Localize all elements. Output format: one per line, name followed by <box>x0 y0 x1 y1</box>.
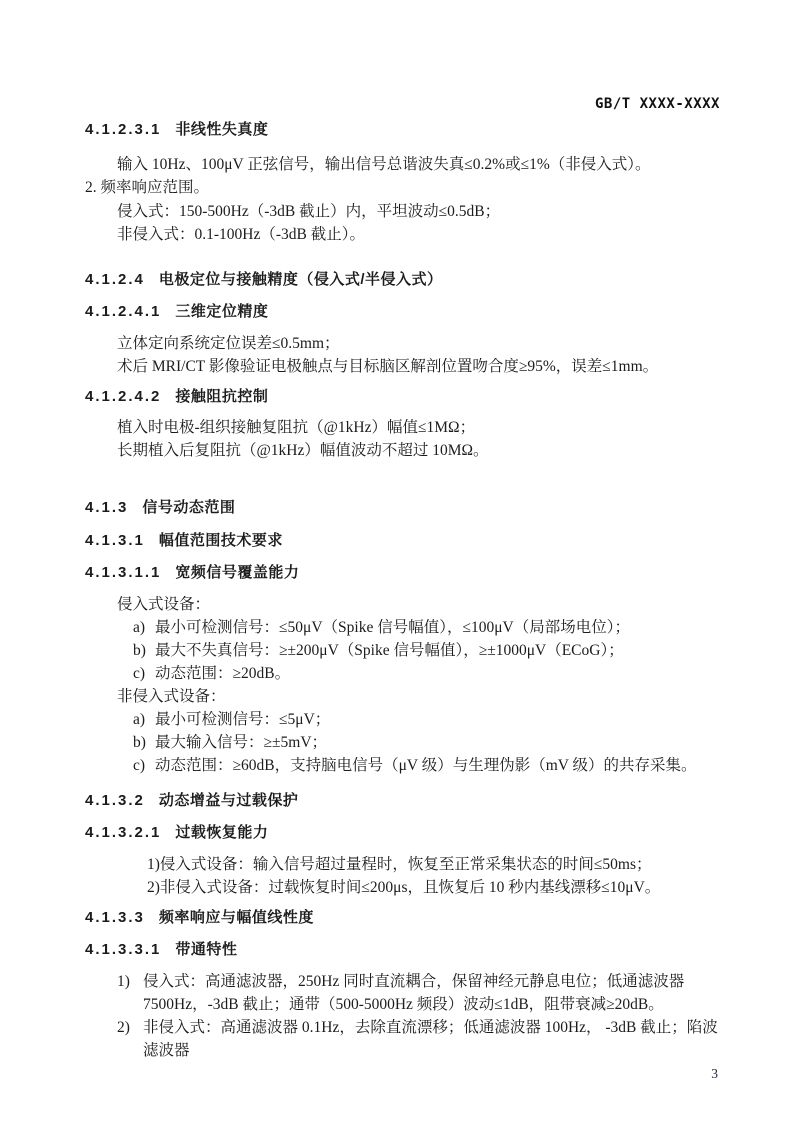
list-text: 非侵入式：高通滤波器 0.1Hz，去除直流漂移；低通滤波器 100Hz， -3d… <box>143 1016 720 1062</box>
heading-number: 4.1.3.2 <box>85 789 145 812</box>
heading-title: 带通特性 <box>175 938 237 961</box>
list-marker: a) <box>133 708 155 731</box>
list-text: 最大输入信号：≥±5mV； <box>155 731 720 754</box>
paragraph-mri-ct: 术后 MRI/CT 影像验证电极触点与目标脑区解剖位置吻合度≥95%，误差≤1m… <box>85 355 720 378</box>
paragraph-freq-response-item: 2. 频率响应范围。 <box>85 176 720 199</box>
heading-number: 4.1.2.4.1 <box>85 300 161 323</box>
list-item-noninvasive-c: c) 动态范围：≥60dB，支持脑电信号（μV 级）与生理伪影（mV 级）的共存… <box>85 754 720 777</box>
heading-4-1-2-4-2: 4.1.2.4.2 接触阻抗控制 <box>85 385 720 408</box>
paragraph-input-signal: 输入 10Hz、100μV 正弦信号，输出信号总谐波失真≤0.2%或≤1%（非侵… <box>85 153 720 176</box>
heading-title: 频率响应与幅值线性度 <box>159 906 314 929</box>
heading-number: 4.1.3.3.1 <box>85 938 161 961</box>
heading-number: 4.1.3.2.1 <box>85 821 161 844</box>
list-text: 侵入式：高通滤波器，250Hz 同时直流耦合，保留神经元静息电位；低通滤波器 7… <box>143 970 720 1016</box>
paragraph-invasive-devices: 侵入式设备： <box>85 593 720 616</box>
paragraph-stereotactic: 立体定向系统定位误差≤0.5mm； <box>85 332 720 355</box>
heading-4-1-3-3: 4.1.3.3 频率响应与幅值线性度 <box>85 906 720 929</box>
list-item-invasive-a: a) 最小可检测信号：≤50μV（Spike 信号幅值），≤100μV（局部场电… <box>85 616 720 639</box>
document-page: GB/T XXXX-XXXX 4.1.2.3.1 非线性失真度 输入 10Hz、… <box>0 0 793 1122</box>
list-marker: a) <box>133 616 155 639</box>
list-item-bandpass-invasive: 1) 侵入式：高通滤波器，250Hz 同时直流耦合，保留神经元静息电位；低通滤波… <box>85 970 720 1016</box>
heading-title: 非线性失真度 <box>175 118 268 141</box>
heading-title: 接触阻抗控制 <box>175 385 268 408</box>
paragraph-overload-invasive: 1)侵入式设备：输入信号超过量程时，恢复至正常采集状态的时间≤50ms； <box>85 853 720 876</box>
list-text: 最小可检测信号：≤50μV（Spike 信号幅值），≤100μV（局部场电位）； <box>155 616 720 639</box>
list-marker: b) <box>133 731 155 754</box>
paragraph-implant-impedance: 植入时电极-组织接触复阻抗（@1kHz）幅值≤1MΩ； <box>85 416 720 439</box>
list-marker: c) <box>133 754 155 777</box>
list-text: 动态范围：≥20dB。 <box>155 662 720 685</box>
heading-4-1-2-4: 4.1.2.4 电极定位与接触精度（侵入式/半侵入式） <box>85 268 720 291</box>
heading-4-1-3-1: 4.1.3.1 幅值范围技术要求 <box>85 529 720 552</box>
paragraph-longterm-impedance: 长期植入后复阻抗（@1kHz）幅值波动不超过 10MΩ。 <box>85 439 720 462</box>
list-item-noninvasive-b: b) 最大输入信号：≥±5mV； <box>85 731 720 754</box>
list-item-noninvasive-a: a) 最小可检测信号：≤5μV； <box>85 708 720 731</box>
heading-4-1-2-3-1: 4.1.2.3.1 非线性失真度 <box>85 118 720 141</box>
heading-4-1-2-4-1: 4.1.2.4.1 三维定位精度 <box>85 300 720 323</box>
heading-4-1-3-1-1: 4.1.3.1.1 宽频信号覆盖能力 <box>85 561 720 584</box>
heading-title: 信号动态范围 <box>142 496 235 519</box>
list-marker: c) <box>133 662 155 685</box>
page-number: 3 <box>85 1062 720 1085</box>
heading-title: 宽频信号覆盖能力 <box>175 561 299 584</box>
list-marker: 1) <box>117 970 143 1016</box>
heading-title: 幅值范围技术要求 <box>159 529 283 552</box>
heading-4-1-3: 4.1.3 信号动态范围 <box>85 496 720 519</box>
list-item-bandpass-noninvasive: 2) 非侵入式：高通滤波器 0.1Hz，去除直流漂移；低通滤波器 100Hz， … <box>85 1016 720 1062</box>
paragraph-noninvasive-devices: 非侵入式设备： <box>85 685 720 708</box>
list-item-invasive-c: c) 动态范围：≥20dB。 <box>85 662 720 685</box>
heading-4-1-3-2: 4.1.3.2 动态增益与过载保护 <box>85 789 720 812</box>
heading-number: 4.1.2.3.1 <box>85 118 161 141</box>
paragraph-overload-noninvasive: 2)非侵入式设备：过载恢复时间≤200μs，且恢复后 10 秒内基线漂移≤10μ… <box>85 876 720 899</box>
list-text: 最小可检测信号：≤5μV； <box>155 708 720 731</box>
list-text: 最大不失真信号：≥±200μV（Spike 信号幅值），≥±1000μV（ECo… <box>155 639 720 662</box>
list-text: 动态范围：≥60dB，支持脑电信号（μV 级）与生理伪影（mV 级）的共存采集。 <box>155 754 720 777</box>
heading-number: 4.1.2.4 <box>85 268 145 291</box>
heading-title: 过载恢复能力 <box>175 821 268 844</box>
heading-number: 4.1.2.4.2 <box>85 385 161 408</box>
heading-number: 4.1.3.1 <box>85 529 145 552</box>
paragraph-invasive-freq: 侵入式：150-500Hz（-3dB 截止）内，平坦波动≤0.5dB； <box>85 200 720 223</box>
standard-number: GB/T XXXX-XXXX <box>85 93 720 116</box>
list-marker: 2) <box>117 1016 143 1062</box>
heading-title: 电极定位与接触精度（侵入式/半侵入式） <box>159 268 443 291</box>
list-item-invasive-b: b) 最大不失真信号：≥±200μV（Spike 信号幅值），≥±1000μV（… <box>85 639 720 662</box>
heading-4-1-3-2-1: 4.1.3.2.1 过载恢复能力 <box>85 821 720 844</box>
heading-number: 4.1.3 <box>85 496 128 519</box>
heading-title: 三维定位精度 <box>175 300 268 323</box>
heading-number: 4.1.3.1.1 <box>85 561 161 584</box>
heading-4-1-3-3-1: 4.1.3.3.1 带通特性 <box>85 938 720 961</box>
heading-number: 4.1.3.3 <box>85 906 145 929</box>
paragraph-noninvasive-freq: 非侵入式：0.1-100Hz（-3dB 截止）。 <box>85 223 720 246</box>
list-marker: b) <box>133 639 155 662</box>
heading-title: 动态增益与过载保护 <box>159 789 299 812</box>
